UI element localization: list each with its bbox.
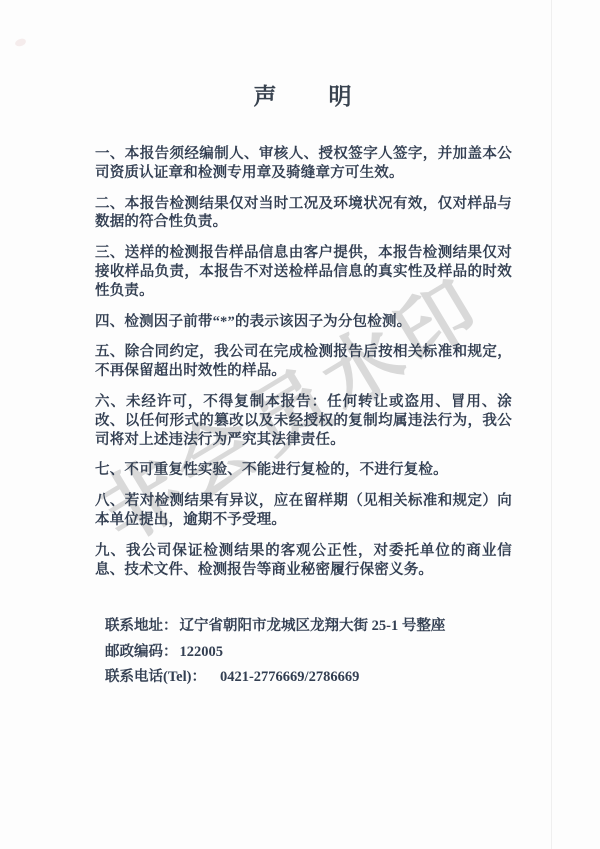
page-title: 声 明: [95, 78, 512, 111]
statement-list: 一、本报告须经编制人、审核人、授权签字人签字，并加盖本公司资质认证章和检测专用章…: [95, 145, 512, 579]
contact-address-label: 联系地址：: [105, 618, 178, 634]
contact-phone-label: 联系电话(Tel)：: [105, 669, 206, 685]
contact-postal-label: 邮政编码：: [105, 644, 178, 660]
statement-item-4: 四、检测因子前带“*”的表示该因子为分包检测。: [95, 313, 512, 332]
document-content: 声 明 一、本报告须经编制人、审核人、授权签字人签字，并加盖本公司资质认证章和检…: [0, 0, 600, 687]
statement-item-2: 二、本报告检测结果仅对当时工况及环境状况有效，仅对样品与数据的符合性负责。: [95, 195, 512, 233]
contact-address-value: 辽宁省朝阳市龙城区龙翔大街 25-1 号整座: [180, 618, 446, 634]
statement-item-1: 一、本报告须经编制人、审核人、授权签字人签字，并加盖本公司资质认证章和检测专用章…: [95, 145, 512, 183]
contact-phone-line: 联系电话(Tel)：0421-2776669/2786669: [105, 668, 512, 687]
contact-postal-value: 122005: [180, 644, 224, 660]
contact-phone-value: 0421-2776669/2786669: [220, 669, 359, 685]
contact-block: 联系地址：辽宁省朝阳市龙城区龙翔大街 25-1 号整座 邮政编码：122005 …: [95, 617, 512, 687]
contact-postal-line: 邮政编码：122005: [105, 643, 512, 662]
statement-item-6: 六、未经许可，不得复制本报告：任何转让或盗用、冒用、涂改、以任何形式的篡改以及未…: [95, 393, 512, 449]
statement-item-3: 三、送样的检测报告样品信息由客户提供，本报告检测结果仅对接收样品负责，本报告不对…: [95, 244, 512, 300]
statement-item-7: 七、不可重复性实验、不能进行复检的，不进行复检。: [95, 461, 512, 480]
document-page: 非会员水印 声 明 一、本报告须经编制人、审核人、授权签字人签字，并加盖本公司资…: [0, 0, 600, 849]
statement-item-5: 五、除合同约定，我公司在完成检测报告后按相关标准和规定，不再保留超出时效性的样品…: [95, 343, 512, 381]
statement-item-8: 八、若对检测结果有异议，应在留样期（见相关标准和规定）向本单位提出，逾期不予受理…: [95, 492, 512, 530]
statement-item-9: 九、我公司保证检测结果的客观公正性，对委托单位的商业信息、技术文件、检测报告等商…: [95, 542, 512, 580]
contact-address-line: 联系地址：辽宁省朝阳市龙城区龙翔大街 25-1 号整座: [105, 617, 512, 636]
